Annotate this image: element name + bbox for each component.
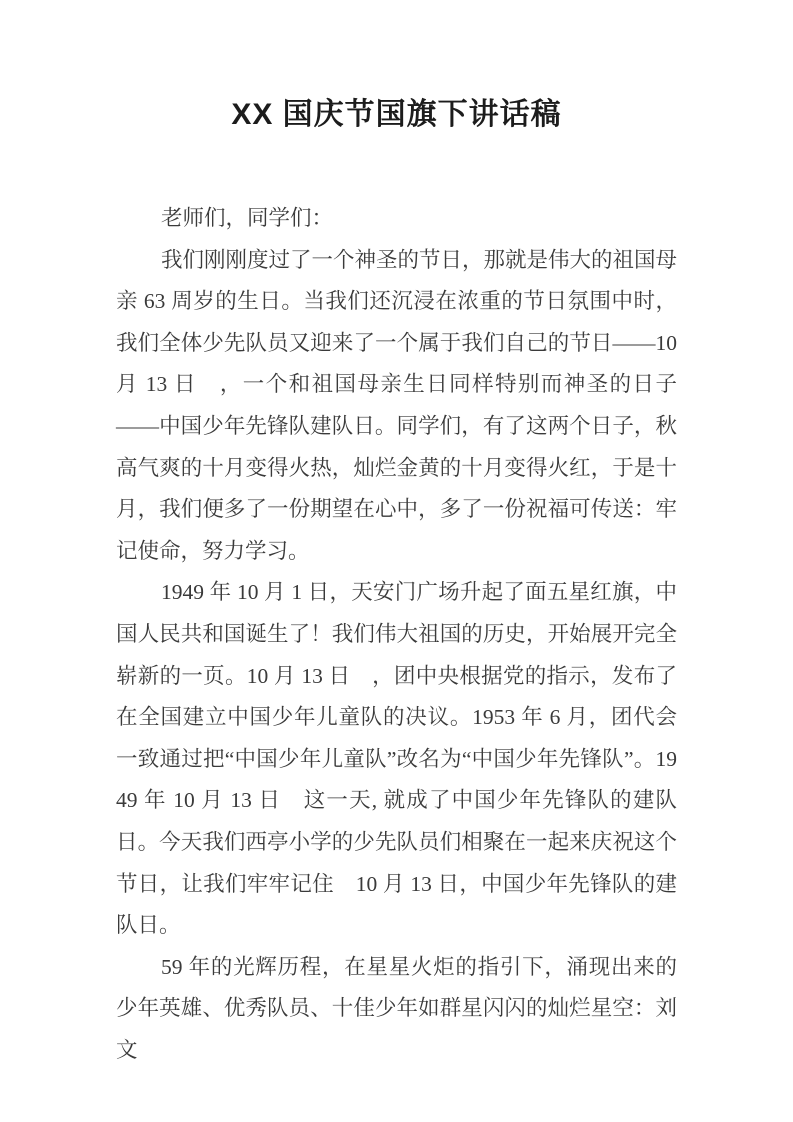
- document-title: XX 国庆节国旗下讲话稿: [116, 94, 677, 136]
- salutation-paragraph: 老师们，同学们：: [116, 198, 677, 240]
- body-paragraph-1: 我们刚刚度过了一个神圣的节日，那就是伟大的祖国母亲 63 周岁的生日。当我们还沉…: [116, 240, 677, 573]
- body-paragraph-3: 59 年的光辉历程，在星星火炬的指引下，涌现出来的少年英雄、优秀队员、十佳少年如…: [116, 947, 677, 1072]
- document-page: XX 国庆节国旗下讲话稿 老师们，同学们： 我们刚刚度过了一个神圣的节日，那就是…: [0, 0, 793, 1122]
- body-paragraph-2: 1949 年 10 月 1 日，天安门广场升起了面五星红旗，中国人民共和国诞生了…: [116, 572, 677, 946]
